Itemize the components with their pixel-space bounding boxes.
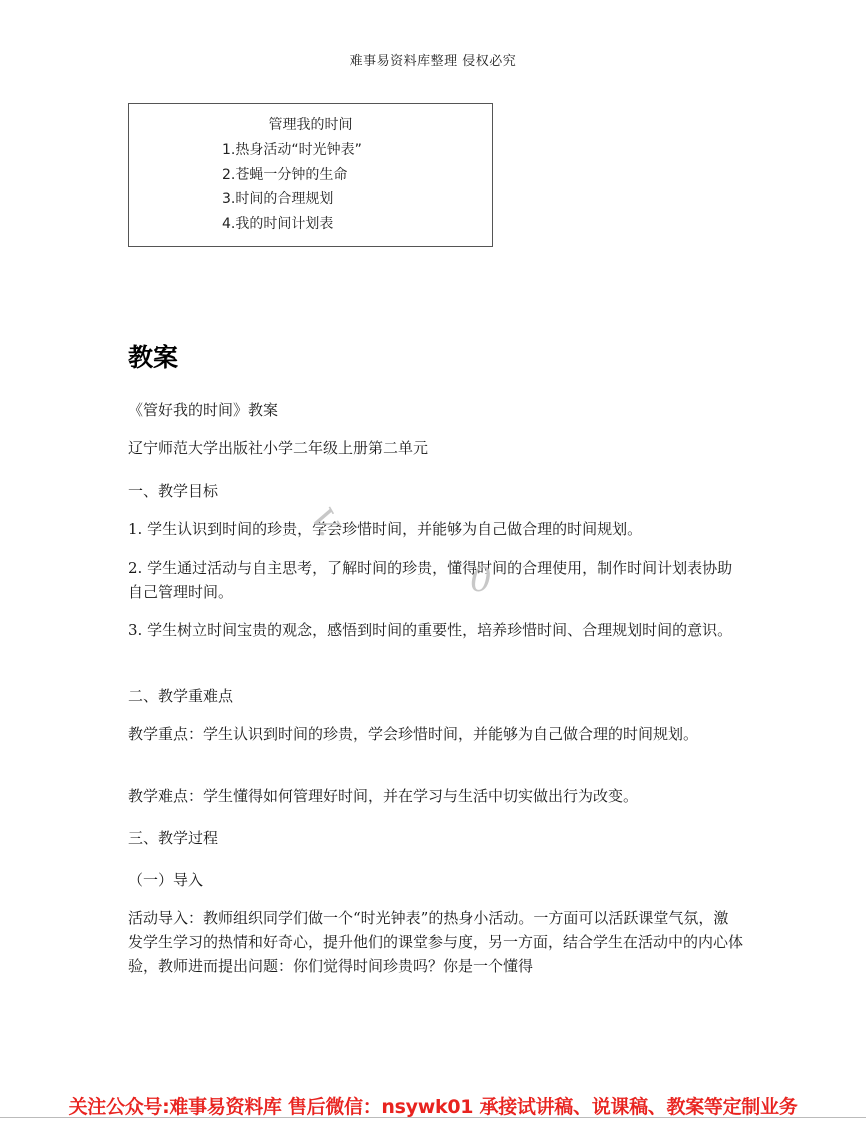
footer-banner: 关注公众号:难事易资料库 售后微信：nsywk01 承接试讲稿、说课稿、教案等定… xyxy=(0,1092,866,1119)
section-heading-key-points: 二、教学重难点 xyxy=(128,684,743,708)
page-header: 难事易资料库整理 侵权必究 xyxy=(0,50,866,69)
difficult-point: 教学难点：学生懂得如何管理好时间，并在学习与生活中切实做出行为改变。 xyxy=(128,784,743,808)
outline-box: 管理我的时间 1.热身活动“时光钟表” 2.苍蝇一分钟的生命 3.时间的合理规划… xyxy=(128,103,493,247)
lesson-title: 《管好我的时间》教案 xyxy=(128,398,743,422)
footer-divider xyxy=(0,1117,866,1118)
outline-item: 1.热身活动“时光钟表” xyxy=(222,138,362,163)
document-heading: 教案 xyxy=(128,338,178,374)
outline-title: 管理我的时间 xyxy=(129,114,492,134)
outline-item: 4.我的时间计划表 xyxy=(222,212,362,237)
subsection-heading-intro: （一）导入 xyxy=(128,868,743,892)
outline-item: 3.时间的合理规划 xyxy=(222,187,362,212)
objective-1: 1. 学生认识到时间的珍贵，学会珍惜时间，并能够为自己做合理的时间规划。 xyxy=(128,517,743,541)
key-point: 教学重点：学生认识到时间的珍贵，学会珍惜时间，并能够为自己做合理的时间规划。 xyxy=(128,722,743,746)
outline-item: 2.苍蝇一分钟的生命 xyxy=(222,163,362,188)
section-heading-process: 三、教学过程 xyxy=(128,826,743,850)
outline-list: 1.热身活动“时光钟表” 2.苍蝇一分钟的生命 3.时间的合理规划 4.我的时间… xyxy=(222,138,362,236)
intro-activity-paragraph: 活动导入：教师组织同学们做一个“时光钟表”的热身小活动。一方面可以活跃课堂气氛，… xyxy=(128,906,743,978)
publisher-line: 辽宁师范大学出版社小学二年级上册第二单元 xyxy=(128,436,743,460)
objective-2: 2. 学生通过活动与自主思考，了解时间的珍贵，懂得时间的合理使用，制作时间计划表… xyxy=(128,556,743,604)
objective-3: 3. 学生树立时间宝贵的观念，感悟到时间的重要性，培养珍惜时间、合理规划时间的意… xyxy=(128,618,743,642)
section-heading-objectives: 一、教学目标 xyxy=(128,479,743,503)
